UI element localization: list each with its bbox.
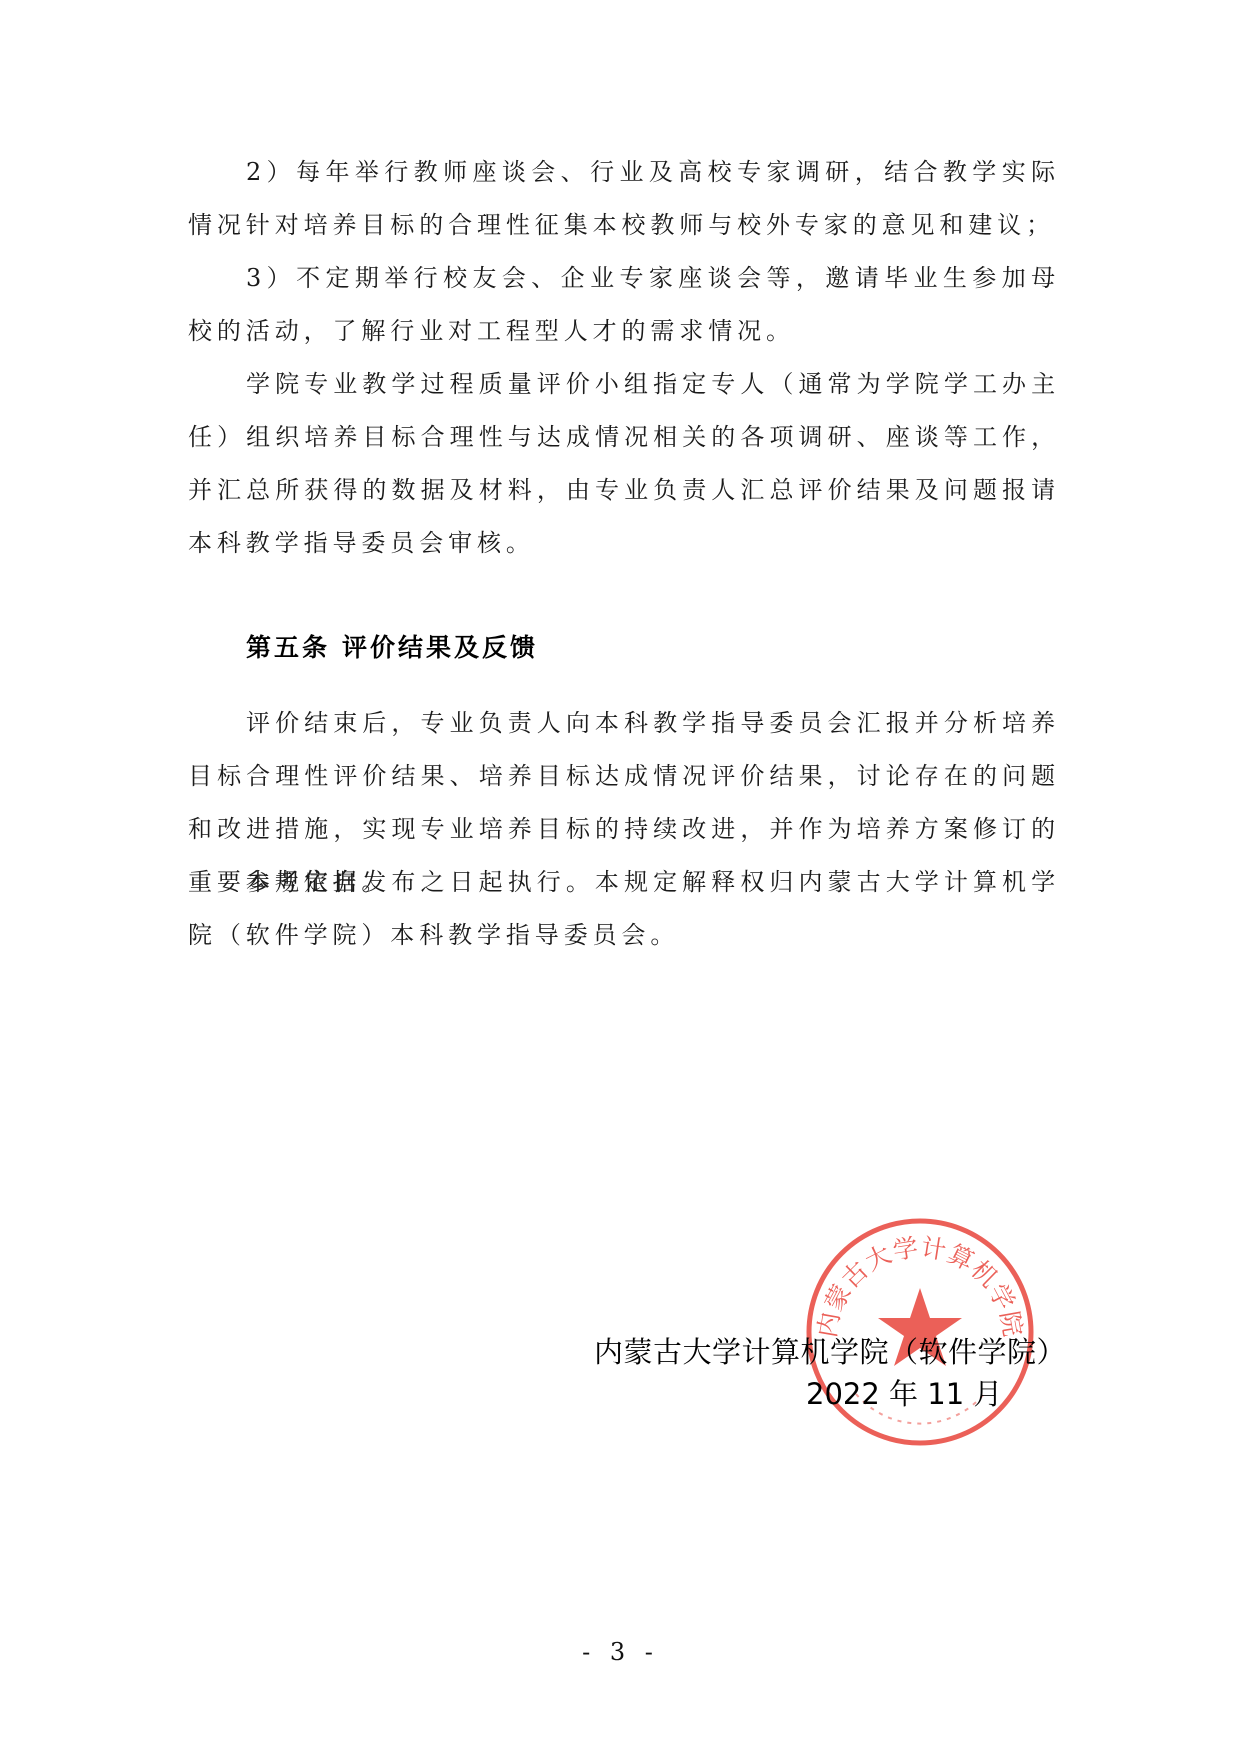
paragraph-effective-date: 本规定自发布之日起执行。本规定解释权归内蒙古大学计算机学院（软件学院）本科教学指… [188, 856, 1060, 962]
paragraph-item-3: 3）不定期举行校友会、企业专家座谈会等，邀请毕业生参加母校的活动，了解行业对工程… [188, 252, 1060, 358]
paragraph-evaluation-group: 学院专业教学过程质量评价小组指定专人（通常为学院学工办主任）组织培养目标合理性与… [188, 358, 1060, 570]
document-page: 2）每年举行教师座谈会、行业及高校专家调研，结合教学实际情况针对培养目标的合理性… [0, 0, 1241, 1755]
section-title: 评价结果及反馈 [342, 633, 538, 662]
page-number: - 3 - [0, 1638, 1241, 1666]
section-heading: 第五条评价结果及反馈 [246, 628, 538, 668]
paragraph-item-2: 2）每年举行教师座谈会、行业及高校专家调研，结合教学实际情况针对培养目标的合理性… [188, 146, 1060, 252]
section-number: 第五条 [246, 633, 330, 662]
signature-date: 2022 年 11 月 [806, 1372, 1002, 1413]
signature-organization: 内蒙古大学计算机学院（软件学院） [594, 1330, 1066, 1371]
